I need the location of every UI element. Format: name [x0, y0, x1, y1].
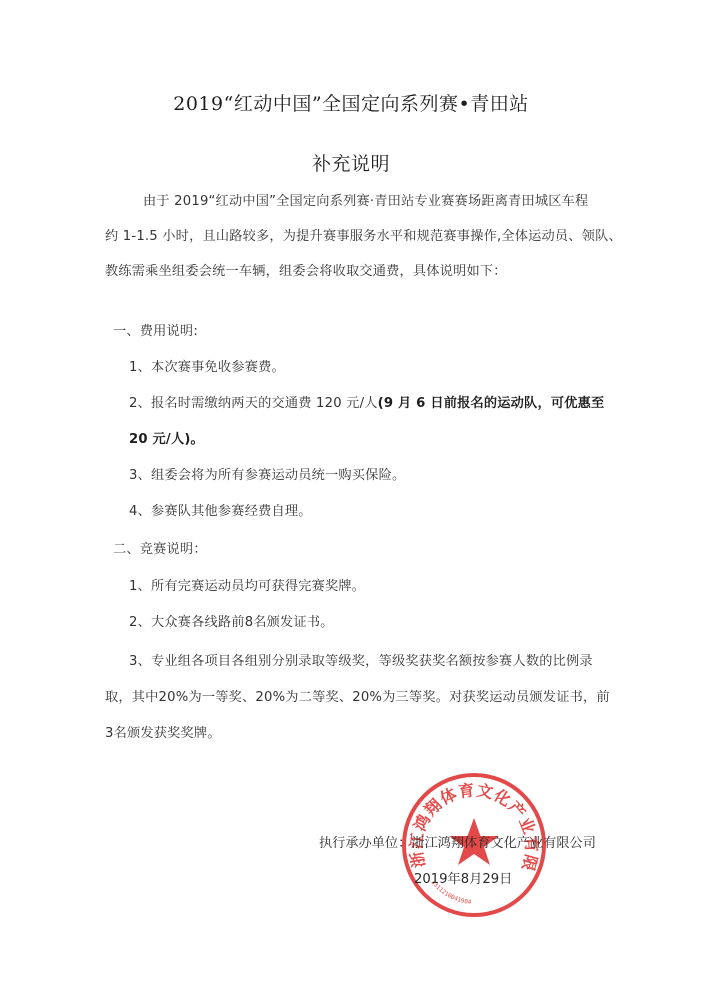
organizer-line: 执行承办单位：浙江鸿翔体育文化产业有限公司: [319, 832, 596, 851]
competition-item-3-line-3: 3名颁发获奖奖牌。: [105, 722, 221, 741]
svg-text:浙江鸿翔体育文化产业有限公司: 浙江鸿翔体育文化产业有限公司: [399, 770, 541, 874]
fee-item-2-bold: (9 月 6 日前报名的运动队，可优惠至: [378, 396, 605, 411]
fee-item-2-continued: 20 元/人)。: [129, 428, 204, 447]
fee-item-2-normal: 2、报名时需缴纳两天的交通费 120 元/人: [129, 396, 378, 411]
intro-line-1: 由于 2019“红动中国”全国定向系列赛·青田站专业赛赛场距离青田城区车程: [143, 190, 588, 209]
document-date: 2019年8月29日: [414, 868, 512, 887]
section1-heading: 一、费用说明:: [113, 320, 198, 339]
intro-line-2: 约 1-1.5 小时，且山路较多，为提升赛事服务水平和规范赛事操作,全体运动员、…: [105, 225, 622, 244]
competition-item-1: 1、所有完赛运动员均可获得完赛奖牌。: [129, 575, 365, 594]
fee-item-3: 3、组委会将为所有参赛运动员统一购买保险。: [129, 464, 405, 483]
competition-item-3-line-1: 3、专业组各项目各组别分别录取等级奖，等级奖获奖名额按参赛人数的比例录: [129, 650, 593, 669]
document-page: 2019“红动中国”全国定向系列赛•青田站 补充说明 由于 2019“红动中国”…: [0, 0, 702, 993]
intro-line-3: 教练需乘坐组委会统一车辆，组委会将收取交通费，具体说明如下：: [105, 260, 507, 279]
competition-item-2: 2、大众赛各线路前8名颁发证书。: [129, 611, 334, 630]
fee-item-2: 2、报名时需缴纳两天的交通费 120 元/人(9 月 6 日前报名的运动队，可优…: [129, 392, 604, 411]
document-title: 2019“红动中国”全国定向系列赛•青田站: [0, 89, 702, 116]
competition-item-3-line-2: 取，其中20%为一等奖、20%为二等奖、20%为三等奖。对获奖运动员颁发证书，前: [105, 686, 610, 705]
document-subtitle: 补充说明: [0, 149, 702, 176]
fee-item-1: 1、本次赛事免收参赛费。: [129, 356, 285, 375]
fee-item-4: 4、参赛队其他参赛经费自理。: [129, 500, 312, 519]
section2-heading: 二、竞赛说明：: [113, 538, 207, 557]
